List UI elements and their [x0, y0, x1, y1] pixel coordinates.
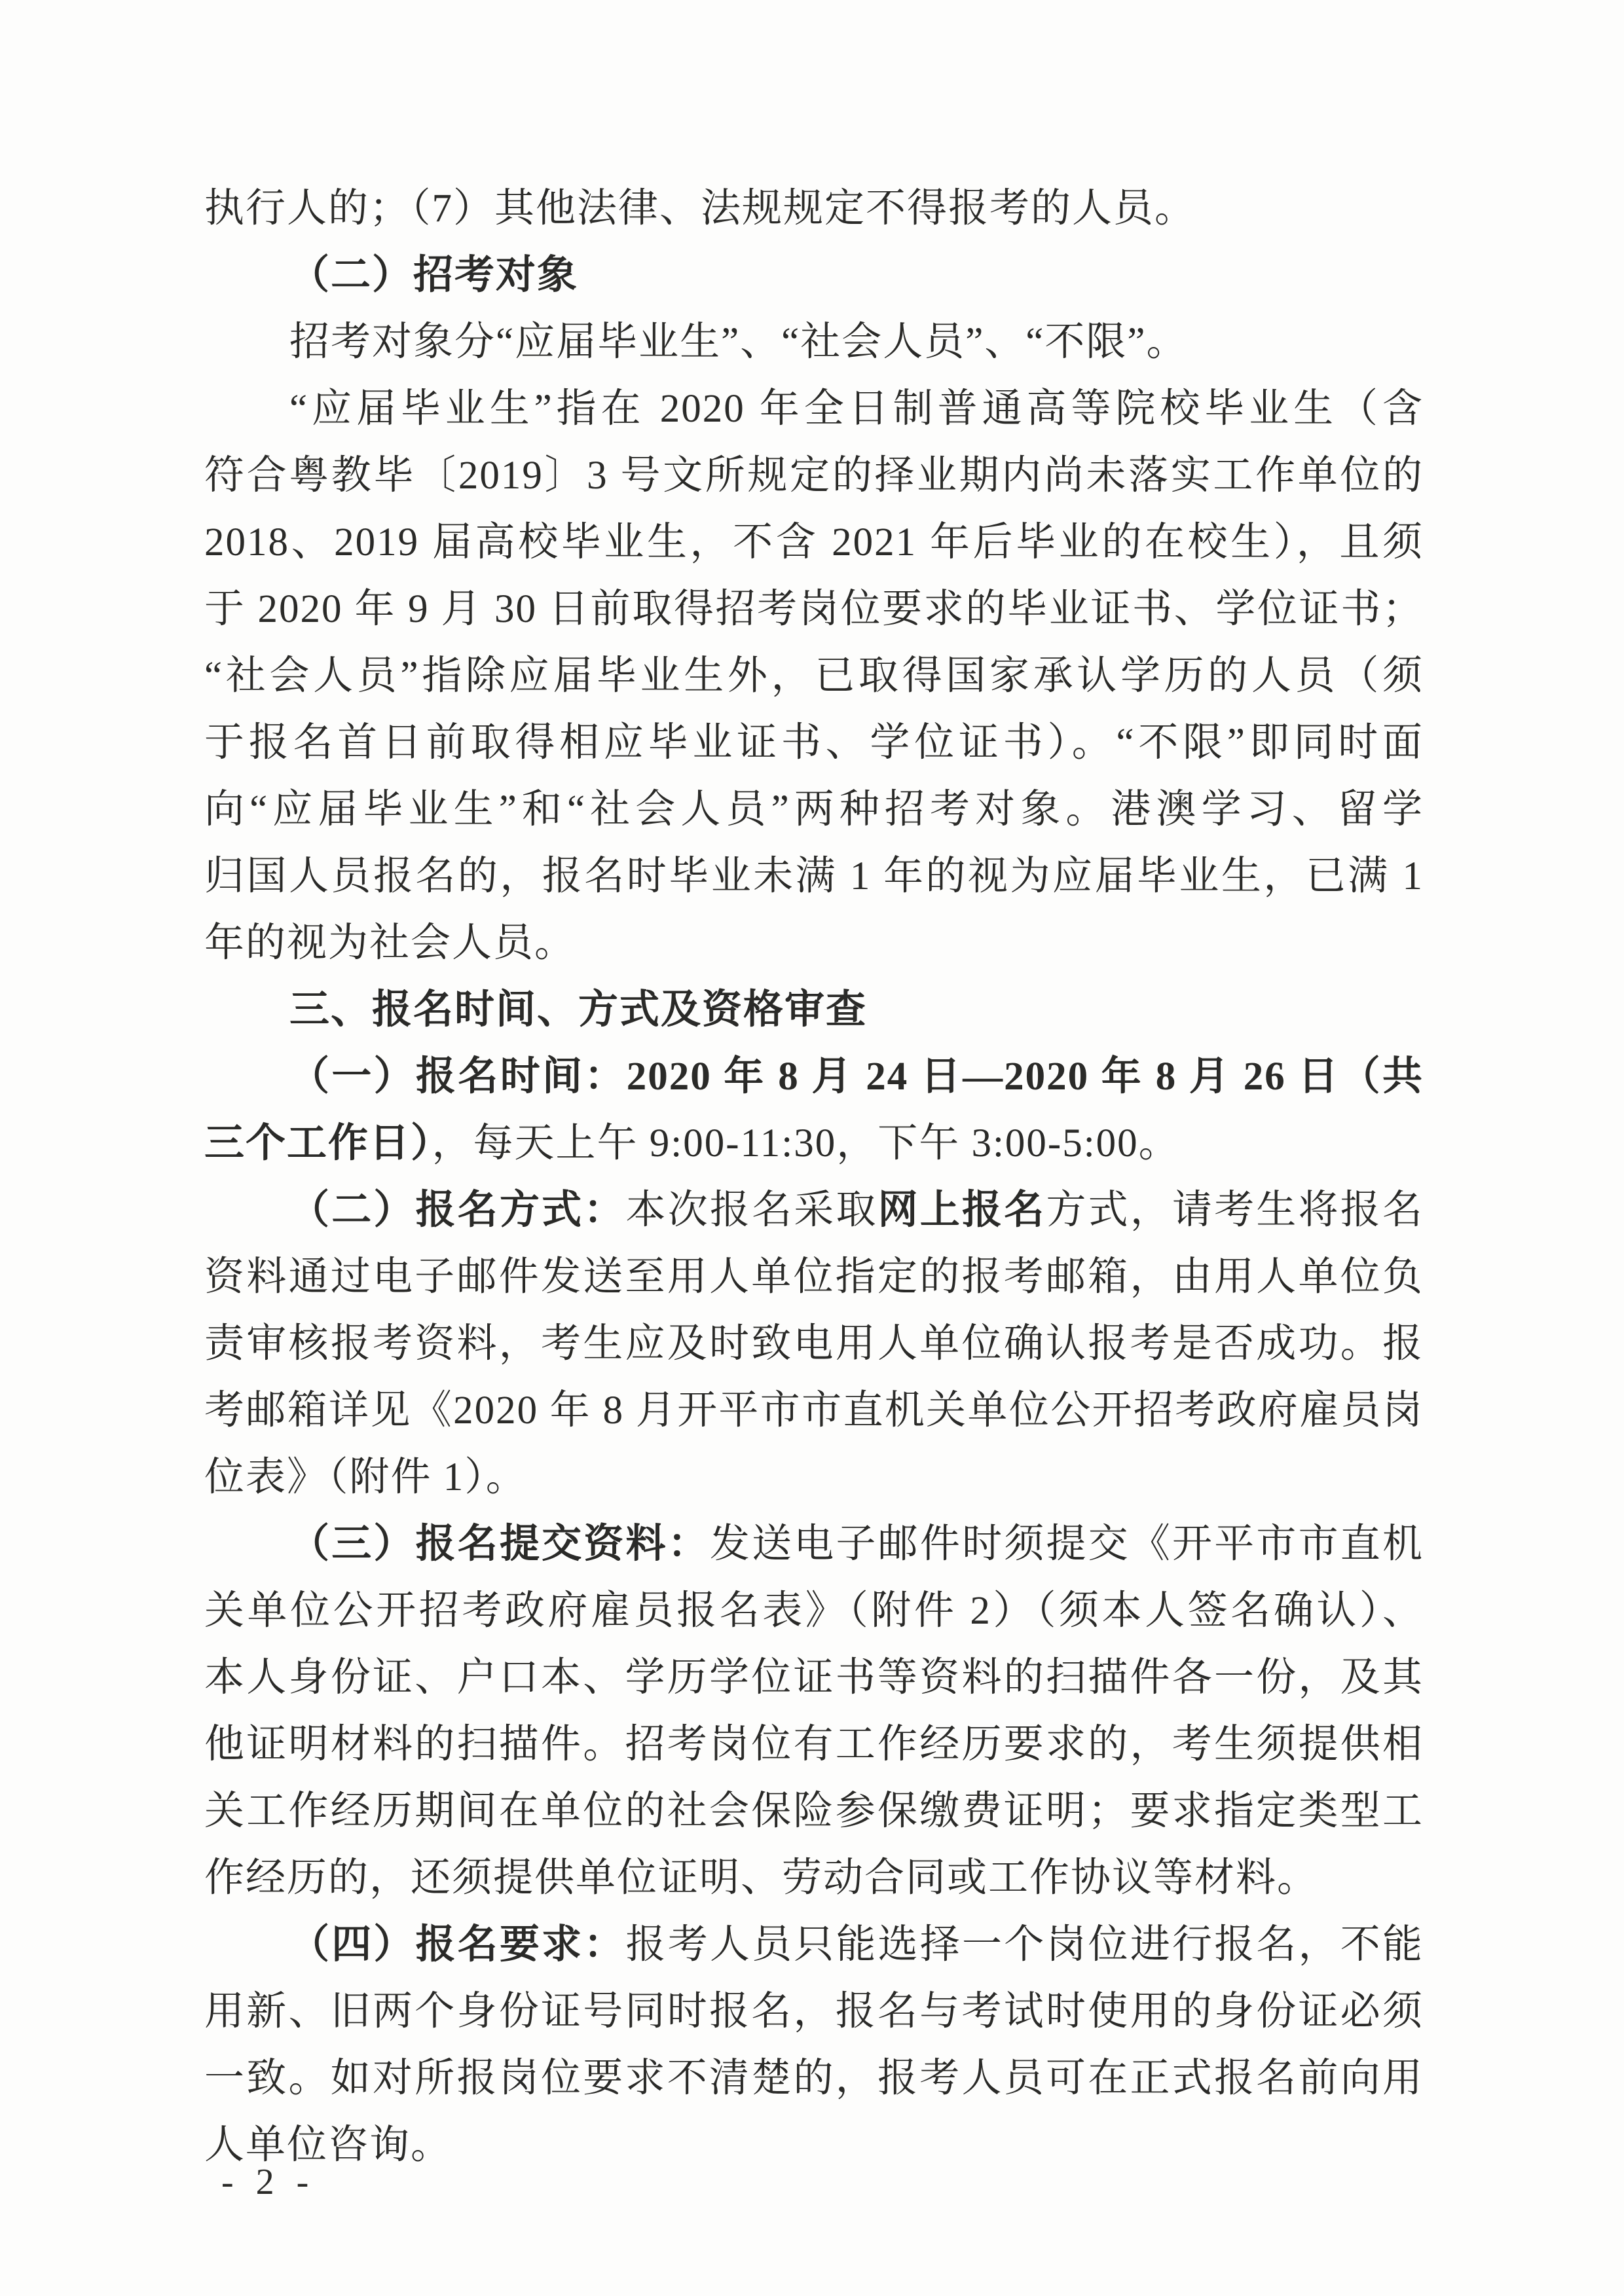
- bold-text-segment: 三、报名时间、方式及资格审查: [289, 988, 867, 1032]
- text-segment: 作经历的，还须提供单位证明、劳动合同或工作协议等材料。: [204, 1856, 1318, 1900]
- body-line: 向“应届毕业生”和“社会人员”两种招考对象。港澳学习、留学: [204, 776, 1424, 843]
- body-line: 考邮箱详见《2020 年 8 月开平市市直机关单位公开招考政府雇员岗: [204, 1377, 1424, 1444]
- body-line: 招考对象分“应届毕业生”、“社会人员”、“不限”。: [204, 309, 1424, 376]
- text-segment: 责审核报考资料，考生应及时致电用人单位确认报考是否成功。报: [204, 1322, 1424, 1366]
- body-line: 执行人的；（7）其他法律、法规规定不得报考的人员。: [204, 175, 1424, 242]
- body-line: 人单位咨询。: [204, 2112, 1424, 2179]
- text-segment: 执行人的；（7）其他法律、法规规定不得报考的人员。: [204, 187, 1196, 230]
- bold-text-segment: （二）招考对象: [289, 253, 578, 297]
- bold-text-segment: （四）报名要求：: [289, 1923, 626, 1967]
- body-line: “社会人员”指除应届毕业生外，已取得国家承认学历的人员（须: [204, 643, 1424, 710]
- document-page: 执行人的；（7）其他法律、法规规定不得报考的人员。（二）招考对象招考对象分“应届…: [0, 0, 1624, 2296]
- text-segment: 符合粤教毕〔2019〕3 号文所规定的择业期内尚未落实工作单位的: [204, 454, 1424, 498]
- text-segment: 发送电子邮件时须提交《开平市市直机: [710, 1522, 1424, 1566]
- body-line: 归国人员报名的，报名时毕业未满 1 年的视为应届毕业生，已满 1: [204, 843, 1424, 910]
- text-segment: 他证明材料的扫描件。招考岗位有工作经历要求的，考生须提供相: [204, 1722, 1424, 1766]
- text-segment: 于 2020 年 9 月 30 日前取得招考岗位要求的毕业证书、学位证书；: [204, 587, 1424, 631]
- bold-text-segment: （一）报名时间：2020 年 8 月 24 日—2020 年 8 月 26 日（…: [289, 1055, 1424, 1099]
- text-segment: 资料通过电子邮件发送至用人单位指定的报考邮箱，由用人单位负: [204, 1255, 1424, 1299]
- body-line: 资料通过电子邮件发送至用人单位指定的报考邮箱，由用人单位负: [204, 1244, 1424, 1311]
- document-body: 执行人的；（7）其他法律、法规规定不得报考的人员。（二）招考对象招考对象分“应届…: [204, 175, 1424, 2205]
- body-line: 关单位公开招考政府雇员报名表》（附件 2）（须本人签名确认）、: [204, 1578, 1424, 1645]
- body-line: 符合粤教毕〔2019〕3 号文所规定的择业期内尚未落实工作单位的: [204, 443, 1424, 509]
- text-segment: ，每天上午 9:00-11:30，下午 3:00-5:00。: [432, 1121, 1180, 1165]
- page-number: - 2 -: [221, 2159, 315, 2205]
- bold-text-segment: （二）报名方式：: [289, 1188, 626, 1232]
- body-line: 位表》（附件 1）。: [204, 1444, 1424, 1511]
- body-line: 三个工作日），每天上午 9:00-11:30，下午 3:00-5:00。: [204, 1110, 1424, 1177]
- text-segment: 考邮箱详见《2020 年 8 月开平市市直机关单位公开招考政府雇员岗: [204, 1389, 1424, 1432]
- text-segment: 一致。如对所报岗位要求不清楚的，报考人员可在正式报名前向用: [204, 2056, 1424, 2100]
- text-segment: 招考对象分“应届毕业生”、“社会人员”、“不限”。: [289, 320, 1187, 364]
- text-segment: 关单位公开招考政府雇员报名表》（附件 2）（须本人签名确认）、: [204, 1589, 1424, 1633]
- body-line: （二）报名方式：本次报名采取网上报名方式，请考生将报名: [204, 1177, 1424, 1244]
- body-line: 于 2020 年 9 月 30 日前取得招考岗位要求的毕业证书、学位证书；: [204, 576, 1424, 643]
- text-segment: 关工作经历期间在单位的社会保险参保缴费证明；要求指定类型工: [204, 1789, 1424, 1833]
- text-segment: 本人身份证、户口本、学历学位证书等资料的扫描件各一份，及其: [204, 1656, 1424, 1700]
- text-segment: 于报名首日前取得相应毕业证书、学位证书）。“不限”即同时面: [204, 721, 1424, 765]
- text-segment: 2018、2019 届高校毕业生，不含 2021 年后毕业的在校生），且须: [204, 520, 1424, 564]
- bold-text-segment: 网上报名: [878, 1188, 1046, 1232]
- body-line: 作经历的，还须提供单位证明、劳动合同或工作协议等材料。: [204, 1845, 1424, 1912]
- text-segment: 本次报名采取: [626, 1188, 878, 1232]
- text-segment: “社会人员”指除应届毕业生外，已取得国家承认学历的人员（须: [204, 654, 1424, 698]
- text-segment: 方式，请考生将报名: [1046, 1188, 1424, 1232]
- section-heading: 三、报名时间、方式及资格审查: [204, 977, 1424, 1044]
- text-segment: 用新、旧两个身份证号同时报名，报名与考试时使用的身份证必须: [204, 1990, 1424, 2033]
- body-line: （三）报名提交资料：发送电子邮件时须提交《开平市市直机: [204, 1511, 1424, 1578]
- body-line: （四）报名要求：报考人员只能选择一个岗位进行报名，不能: [204, 1912, 1424, 1978]
- body-line: 年的视为社会人员。: [204, 910, 1424, 977]
- subsection-heading: （二）招考对象: [204, 242, 1424, 309]
- body-line: 本人身份证、户口本、学历学位证书等资料的扫描件各一份，及其: [204, 1645, 1424, 1711]
- body-line: 关工作经历期间在单位的社会保险参保缴费证明；要求指定类型工: [204, 1778, 1424, 1845]
- body-line: （一）报名时间：2020 年 8 月 24 日—2020 年 8 月 26 日（…: [204, 1044, 1424, 1110]
- bold-text-segment: 三个工作日）: [204, 1121, 432, 1165]
- text-segment: 归国人员报名的，报名时毕业未满 1 年的视为应届毕业生，已满 1: [204, 854, 1424, 898]
- text-segment: 位表》（附件 1）。: [204, 1455, 527, 1499]
- text-segment: “应届毕业生”指在 2020 年全日制普通高等院校毕业生（含: [289, 387, 1424, 431]
- text-segment: 年的视为社会人员。: [204, 921, 576, 965]
- text-segment: 报考人员只能选择一个岗位进行报名，不能: [626, 1923, 1424, 1967]
- body-line: 一致。如对所报岗位要求不清楚的，报考人员可在正式报名前向用: [204, 2045, 1424, 2112]
- body-line: 2018、2019 届高校毕业生，不含 2021 年后毕业的在校生），且须: [204, 509, 1424, 576]
- body-line: 责审核报考资料，考生应及时致电用人单位确认报考是否成功。报: [204, 1311, 1424, 1377]
- body-line: 用新、旧两个身份证号同时报名，报名与考试时使用的身份证必须: [204, 1978, 1424, 2045]
- body-line: “应届毕业生”指在 2020 年全日制普通高等院校毕业生（含: [204, 376, 1424, 443]
- body-line: 于报名首日前取得相应毕业证书、学位证书）。“不限”即同时面: [204, 710, 1424, 776]
- bold-text-segment: （三）报名提交资料：: [289, 1522, 710, 1566]
- body-line: 他证明材料的扫描件。招考岗位有工作经历要求的，考生须提供相: [204, 1711, 1424, 1778]
- text-segment: 向“应届毕业生”和“社会人员”两种招考对象。港澳学习、留学: [204, 788, 1424, 831]
